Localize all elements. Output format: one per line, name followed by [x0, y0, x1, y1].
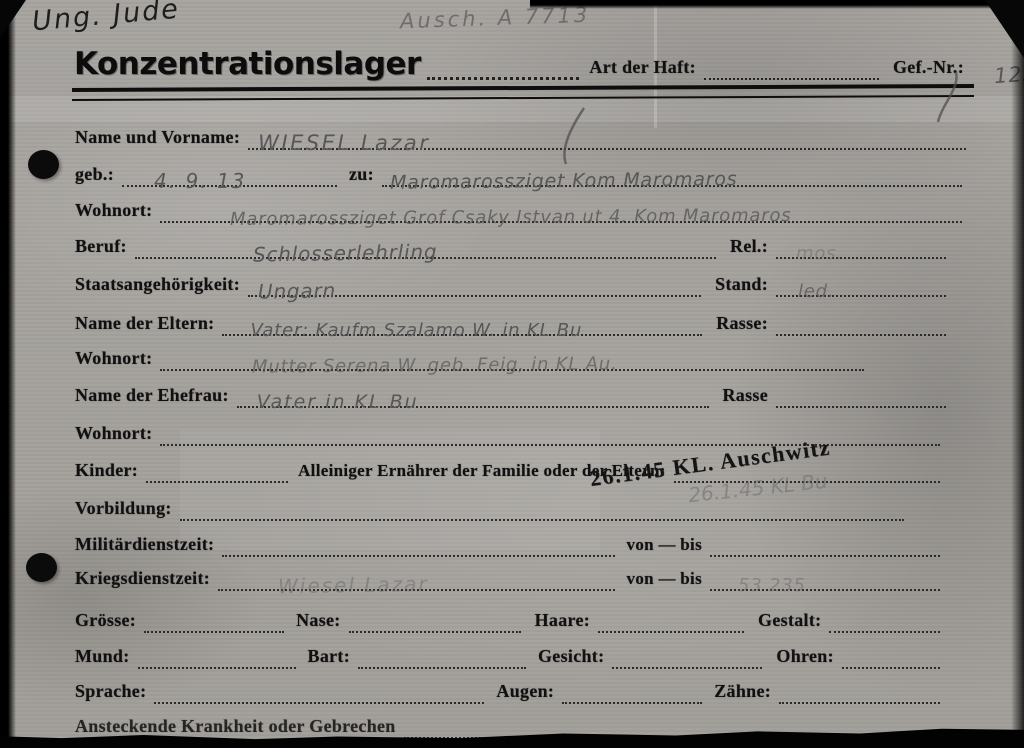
form-line — [427, 53, 580, 80]
form-line — [562, 680, 702, 704]
form-line — [154, 680, 484, 704]
gestalt-label: Gestalt: — [758, 611, 829, 633]
sprache-label: Sprache: — [75, 682, 154, 704]
ehefrau-label: Name der Ehefrau: — [75, 386, 237, 408]
form-line — [146, 459, 288, 483]
geb-value: 4. 9. 13 — [154, 171, 246, 191]
form-line: Mutter Serena W. geb. Feig, in KL Au. — [160, 347, 864, 371]
name-label: Name und Vorname: — [75, 128, 248, 150]
krieg-ghost-name: Wiesel Lazar — [278, 574, 429, 597]
krankheit-label: Ansteckende Krankheit oder Gebrechen — [75, 717, 404, 739]
form-line: Maromarossziget Kom Maromaros — [382, 163, 962, 187]
ehefrau-value: Vater in KL Bu — [257, 393, 419, 412]
wohnort2-value: Mutter Serena W. geb. Feig, in KL Au. — [252, 355, 618, 376]
form-line — [349, 609, 521, 633]
form-line: Vater: Kaufm Szalamo W. in KL Bu — [222, 312, 702, 336]
gesicht-label: Gesicht: — [538, 647, 612, 669]
beruf-label: Beruf: — [75, 237, 135, 259]
field-row-groesse: Grösse: Nase: Haare: Gestalt: — [75, 606, 940, 633]
field-row-wohnort1: Wohnort: Maromarossziget Grof Csaky Istv… — [75, 196, 962, 223]
mund-label: Mund: — [75, 647, 138, 669]
form-line — [612, 645, 762, 669]
bart-label: Bart: — [308, 647, 358, 669]
form-line: 53 235 — [710, 567, 940, 591]
augen-label: Augen: — [496, 682, 562, 704]
rasse1-label: Rasse: — [716, 314, 776, 336]
ohren-label: Ohren: — [776, 647, 841, 669]
staats-label: Staatsangehörigkeit: — [75, 275, 248, 297]
zu-value: Maromarossziget Kom Maromaros — [390, 170, 738, 193]
rel-value: mos. — [796, 245, 843, 263]
form-line: Wiesel Lazar — [218, 567, 614, 591]
wohnort3-label: Wohnort: — [75, 424, 160, 446]
eltern-value: Vater: Kaufm Szalamo W. in KL Bu — [250, 322, 582, 340]
form-line: 4. 9. 13 — [122, 163, 337, 187]
stand-value: led. — [798, 283, 834, 301]
wohnort2-label: Wohnort: — [75, 349, 160, 371]
field-row-beruf: Beruf: Schlosserlehrling Rel.: mos. — [75, 232, 946, 259]
stand-label: Stand: — [715, 275, 776, 297]
form-line — [776, 384, 946, 408]
form-line — [776, 312, 946, 336]
art-der-haft-label: Art der Haft: — [589, 58, 704, 80]
field-row-ehefrau: Name der Ehefrau: Vater in KL Bu Rasse — [75, 381, 946, 408]
staats-value: Ungarn — [258, 280, 336, 301]
kinder-label: Kinder: — [75, 461, 146, 483]
field-row-staats: Staatsangehörigkeit: Ungarn Stand: led. — [75, 270, 946, 297]
form-line: Schlosserlehrling — [135, 235, 716, 259]
form-line — [704, 54, 879, 80]
nase-label: Nase: — [296, 611, 349, 633]
form-line — [598, 609, 744, 633]
form-line: Maromarossziget Grof Csaky Istvan ut 4. … — [160, 199, 962, 223]
pencil-flourish — [930, 70, 960, 125]
form-line: mos. — [776, 235, 946, 259]
scanned-document-page: Ung. Jude Ausch. A 7713 Konzentrationsla… — [0, 0, 1024, 748]
field-row-sprache: Sprache: Augen: Zähne: — [75, 677, 940, 704]
field-row-krieg: Kriegsdienstzeit: Wiesel Lazar von — bis… — [75, 564, 940, 591]
field-row-vorbildung: Vorbildung: — [75, 494, 904, 521]
form-line: led. — [776, 273, 946, 297]
form-header: Konzentrationslager Art der Haft: Gef.-N… — [74, 42, 972, 80]
rasse2-label: Rasse — [723, 386, 777, 408]
wohnort1-label: Wohnort: — [75, 201, 160, 223]
krieg-von-bis-label: von — bis — [627, 570, 710, 591]
form-line — [222, 533, 614, 557]
field-row-mund: Mund: Bart: Gesicht: Ohren: — [75, 642, 940, 669]
haare-label: Haare: — [535, 611, 598, 633]
form-line — [710, 533, 940, 557]
form-line — [138, 645, 296, 669]
field-row-name: Name und Vorname: WIESEL Lazar — [75, 123, 966, 150]
hole-punch — [26, 553, 57, 582]
form-line — [144, 609, 284, 633]
form-line: Vater in KL Bu — [237, 384, 709, 408]
beruf-value: Schlosserlehrling — [253, 241, 438, 264]
field-row-militaer: Militärdienstzeit: von — bis — [75, 530, 940, 557]
name-value: WIESEL Lazar — [258, 133, 430, 154]
vorbildung-label: Vorbildung: — [75, 499, 180, 521]
hole-punch — [28, 150, 59, 179]
groesse-label: Grösse: — [75, 611, 144, 633]
zu-label: zu: — [349, 165, 382, 187]
form-title: Konzentrationslager — [74, 49, 427, 80]
krieg-ghost-number: 53 235 — [738, 577, 806, 595]
field-row-eltern: Name der Eltern: Vater: Kaufm Szalamo W.… — [75, 309, 946, 336]
form-line: Ungarn — [248, 273, 701, 297]
geb-label: geb.: — [75, 165, 122, 187]
form-line: WIESEL Lazar — [248, 126, 966, 150]
field-row-geb: geb.: 4. 9. 13 zu: Maromarossziget Kom M… — [75, 160, 962, 187]
zaehne-label: Zähne: — [714, 682, 779, 704]
militaer-label: Militärdienstzeit: — [75, 535, 222, 557]
scan-edge-top — [530, 0, 1024, 9]
krieg-label: Kriegsdienstzeit: — [75, 569, 218, 591]
scan-edge-right — [1011, 0, 1024, 748]
field-row-wohnort2: Wohnort: Mutter Serena W. geb. Feig, in … — [75, 344, 864, 371]
form-line — [180, 497, 904, 521]
scan-edge-left — [0, 0, 16, 748]
eltern-label: Name der Eltern: — [75, 314, 222, 336]
militaer-von-bis-label: von — bis — [627, 536, 710, 557]
form-line — [829, 609, 940, 633]
rel-label: Rel.: — [730, 237, 776, 259]
wohnort1-value: Maromarossziget Grof Csaky Istvan ut 4. … — [230, 207, 792, 229]
form-line — [358, 645, 526, 669]
form-line — [842, 645, 940, 669]
form-line — [779, 680, 940, 704]
check-mark-icon — [552, 106, 588, 166]
